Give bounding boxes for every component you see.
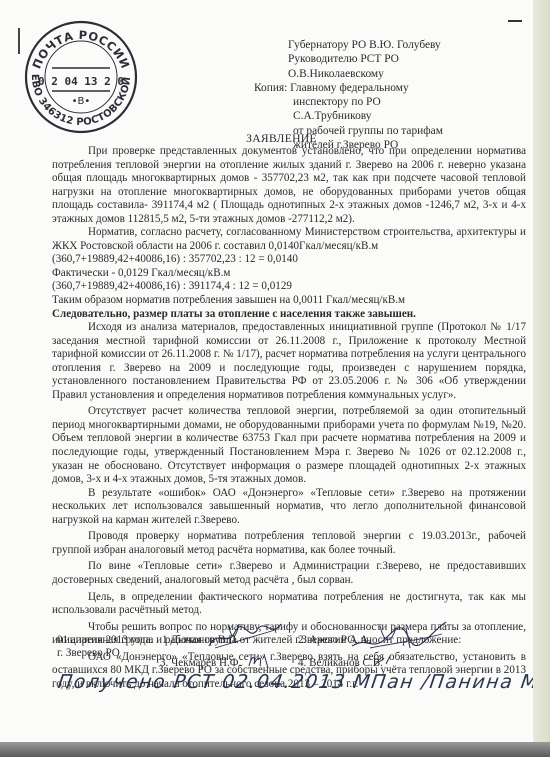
address-line: О.В.Николаевскому — [250, 67, 443, 81]
paragraph: Норматив, согласно расчету, согласованно… — [52, 226, 526, 253]
dash-mark — [508, 20, 522, 22]
paragraph: Отсутствует расчет количества тепловой э… — [52, 405, 526, 486]
scan-border — [0, 742, 550, 757]
signatory-3: 3. Чекмарёв Н.Ф. — [160, 657, 241, 669]
paragraph: В результате «ошибок» ОАО «Донэнерго» «Т… — [52, 487, 526, 528]
paragraph: Проводя проверку норматива потребления т… — [52, 530, 526, 557]
conclusion-line: Следовательно, размер платы за отопление… — [52, 308, 526, 322]
address-line: С.А.Трубникову — [250, 109, 443, 123]
signature-4 — [372, 652, 396, 670]
address-line: инспектору по РО — [250, 95, 443, 109]
document-body: При проверке представленных документов у… — [52, 145, 526, 691]
paragraph: Цель, в определении фактического нормати… — [52, 591, 526, 618]
document-title: ЗАЯВЛЕНИЕ — [0, 132, 533, 145]
place: г. Зверево РО — [57, 647, 120, 659]
date: 01 апреля 2013 года. — [57, 634, 153, 646]
address-line: Губернатору РО В.Ю. Голубеву — [250, 38, 443, 52]
postal-stamp: ПОЧТА РОССИИ ЗВЕРЕВО 346312 РОСТОВСКОЙ О… — [22, 18, 140, 136]
svg-text:0 2 04 13 2 0: 0 2 04 13 2 0 — [38, 75, 124, 88]
paragraph: Исходя из анализа материалов, предоставл… — [52, 321, 526, 402]
paragraph: По вине «Тепловые сети» г.Зверево и Адми… — [52, 560, 526, 587]
margin-mark — [18, 28, 20, 54]
formula-line: Таким образом норматив потребления завыш… — [52, 294, 526, 308]
document-page: ПОЧТА РОССИИ ЗВЕРЕВО 346312 РОСТОВСКОЙ О… — [0, 0, 533, 742]
signature-3 — [246, 650, 272, 672]
page-edge — [533, 0, 550, 757]
formula-line: Фактически - 0,0129 Гкал/месяц/кВ.м — [52, 267, 526, 281]
paragraph: При проверке представленных документов у… — [52, 145, 526, 226]
signature-1 — [205, 618, 285, 654]
formula-line: (360,7+19889,42+40086,16) : 391174,4 : 1… — [52, 280, 526, 294]
signatory-4: 4. Великанов С.В. — [298, 657, 383, 669]
formula-line: (360,7+19889,42+40086,16) : 357702,23 : … — [52, 253, 526, 267]
address-line: Руководителю РСТ РО — [250, 52, 443, 66]
address-line-copy: Копия: Главному федеральному — [250, 81, 443, 95]
received-note: Получено РСТ 02.04.2013 МПан /Панина М.А… — [56, 671, 550, 693]
signature-2 — [350, 618, 450, 654]
svg-text:•В•: •В• — [72, 96, 91, 107]
